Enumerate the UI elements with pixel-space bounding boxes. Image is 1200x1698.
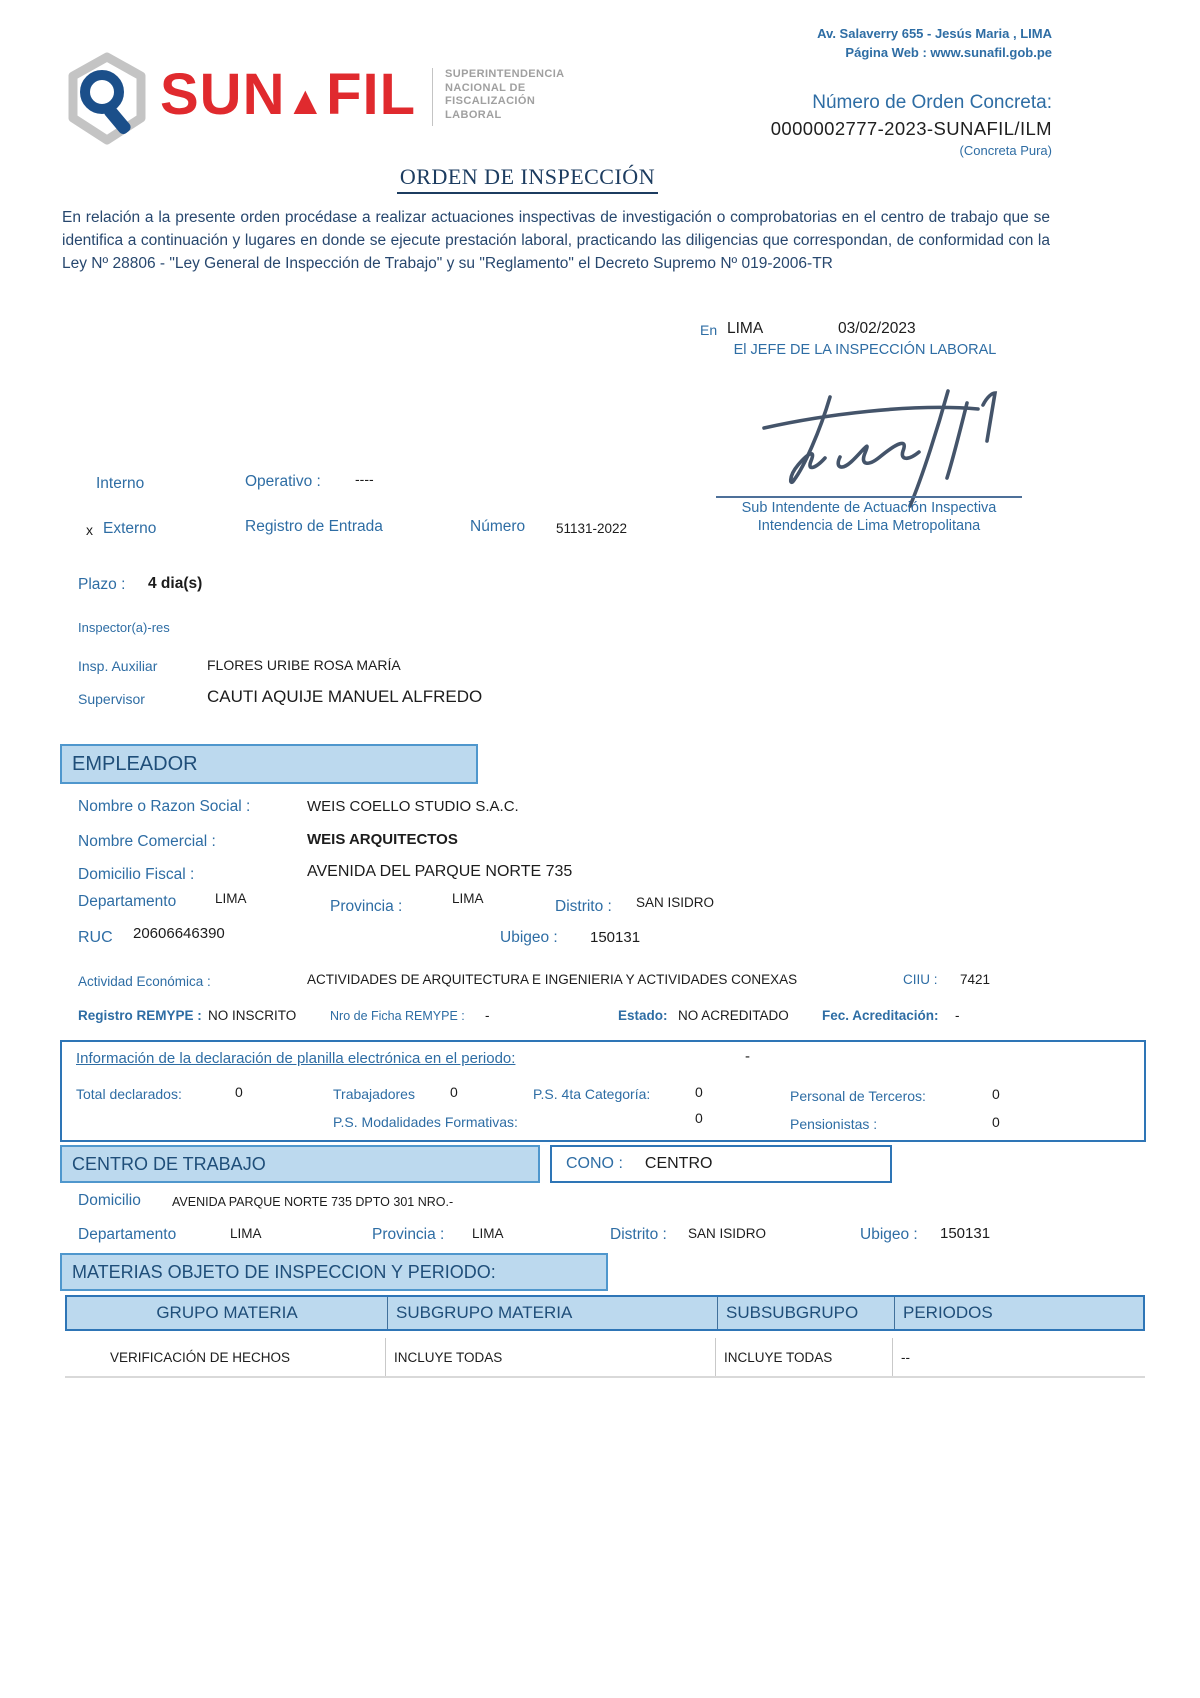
trabajadores-value: 0 (450, 1084, 458, 1100)
cell-subgrupo: INCLUYE TODAS (385, 1338, 715, 1376)
registro-entrada-label: Registro de Entrada (245, 518, 383, 536)
ct-domicilio-label: Domicilio (78, 1192, 141, 1210)
magnifier-hexagon-icon (64, 52, 150, 151)
plazo-value: 4 dia(s) (148, 575, 202, 593)
trabajadores-label: Trabajadores (333, 1086, 415, 1102)
nombre-comercial-value: WEIS ARQUITECTOS (307, 831, 458, 848)
order-number-note: (Concreta Pura) (960, 143, 1052, 158)
empleador-provincia-label: Provincia : (330, 898, 402, 916)
materias-table-row: VERIFICACIÓN DE HECHOS INCLUYE TODAS INC… (65, 1338, 1145, 1376)
actividad-value: ACTIVIDADES DE ARQUITECTURA E INGENIERIA… (307, 972, 797, 987)
actividad-label: Actividad Económica : (78, 974, 211, 989)
cell-grupo: VERIFICACIÓN DE HECHOS (65, 1338, 385, 1376)
tagline-line: SUPERINTENDENCIA (445, 68, 564, 82)
domicilio-fiscal-value: AVENIDA DEL PARQUE NORTE 735 (307, 863, 572, 881)
signer-title: El JEFE DE LA INSPECCIÓN LABORAL (700, 342, 1030, 358)
domicilio-fiscal-label: Domicilio Fiscal : (78, 866, 194, 884)
modalidades-value: 0 (695, 1110, 703, 1126)
planilla-title-value: - (745, 1048, 750, 1065)
total-declarados-value: 0 (235, 1084, 243, 1100)
address-line-2: Página Web : www.sunafil.gob.pe (817, 43, 1052, 62)
supervisor-value: CAUTI AQUIJE MANUEL ALFREDO (207, 687, 482, 707)
pensionistas-label: Pensionistas : (790, 1116, 877, 1132)
en-label: En (700, 322, 717, 338)
ps-4ta-value: 0 (695, 1084, 703, 1100)
ps-4ta-label: P.S. 4ta Categoría: (533, 1086, 650, 1102)
interno-label: Interno (96, 475, 144, 493)
remype-label: Registro REMYPE : (78, 1008, 202, 1023)
pensionistas-value: 0 (992, 1114, 1000, 1130)
numero-value: 51131-2022 (556, 521, 627, 536)
signer-role-line-2: Intendencia de Lima Metropolitana (710, 518, 1028, 534)
ct-departamento-value: LIMA (230, 1226, 262, 1241)
cono-box: CONO : CENTRO (550, 1145, 892, 1183)
empleador-departamento-value: LIMA (215, 891, 247, 906)
signer-role-line-1: Sub Intendente de Actuación Inspectiva (710, 500, 1028, 516)
page-title-text: ORDEN DE INSPECCIÓN (397, 164, 658, 194)
terceros-value: 0 (992, 1086, 1000, 1102)
ruc-value: 20606646390 (133, 925, 225, 942)
planilla-title: Información de la declaración de planill… (76, 1050, 515, 1067)
column-header-periodos: PERIODOS (894, 1297, 1143, 1329)
ct-distrito-label: Distrito : (610, 1226, 667, 1244)
section-materias-header: MATERIAS OBJETO DE INSPECCION Y PERIODO: (60, 1253, 608, 1291)
signature-scribble (752, 382, 1024, 513)
materias-table-bottom-rule (65, 1376, 1145, 1378)
logo-fil: FIL (326, 62, 416, 127)
externo-checkmark: x (86, 522, 93, 538)
cell-subsubgrupo: INCLUYE TODAS (715, 1338, 892, 1376)
logo-sun: SUN (160, 62, 285, 127)
cell-periodos: -- (892, 1338, 1141, 1376)
order-number-label: Número de Orden Concreta: (812, 92, 1052, 114)
ct-ubigeo-label: Ubigeo : (860, 1226, 918, 1244)
ficha-remype-label: Nro de Ficha REMYPE : (330, 1009, 465, 1023)
empleador-distrito-value: SAN ISIDRO (636, 895, 714, 910)
externo-label: Externo (103, 520, 156, 538)
intro-paragraph: En relación a la presente orden procédas… (62, 206, 1050, 275)
numero-label: Número (470, 518, 525, 536)
ct-departamento-label: Departamento (78, 1226, 176, 1244)
modalidades-label: P.S. Modalidades Formativas: (333, 1114, 518, 1130)
tagline-line: FISCALIZACIÓN (445, 95, 564, 109)
inspector-label: Inspector(a)-res (78, 620, 170, 635)
address-line-1: Av. Salaverry 655 - Jesús Maria , LIMA (817, 24, 1052, 43)
supervisor-label: Supervisor (78, 691, 145, 707)
logo-tagline: SUPERINTENDENCIA NACIONAL DE FISCALIZACI… (445, 52, 564, 122)
ficha-remype-value: - (485, 1008, 490, 1023)
empleador-provincia-value: LIMA (452, 891, 484, 906)
section-empleador-header: EMPLEADOR (60, 744, 478, 784)
ct-ubigeo-value: 150131 (940, 1225, 990, 1242)
logo-wordmark: SUN▲FIL (160, 52, 416, 144)
razon-social-value: WEIS COELLO STUDIO S.A.C. (307, 798, 519, 815)
logo-divider (432, 68, 433, 126)
date-value: 03/02/2023 (838, 320, 916, 338)
empleador-distrito-label: Distrito : (555, 898, 612, 916)
plazo-label: Plazo : (78, 576, 125, 594)
empleador-ubigeo-label: Ubigeo : (500, 929, 558, 947)
empleador-departamento-label: Departamento (78, 893, 176, 911)
section-centro-trabajo-header: CENTRO DE TRABAJO (60, 1145, 540, 1183)
insp-auxiliar-value: FLORES URIBE ROSA MARÍA (207, 657, 401, 673)
ct-provincia-value: LIMA (472, 1226, 504, 1241)
ciiu-value: 7421 (960, 972, 990, 987)
tagline-line: NACIONAL DE (445, 82, 564, 96)
razon-social-label: Nombre o Razon Social : (78, 798, 250, 816)
order-number-value: 0000002777-2023-SUNAFIL/ILM (771, 118, 1052, 140)
city-value: LIMA (727, 320, 763, 338)
estado-value: NO ACREDITADO (678, 1008, 789, 1023)
materias-table-header: GRUPO MATERIA SUBGRUPO MATERIA SUBSUBGRU… (65, 1295, 1145, 1331)
nombre-comercial-label: Nombre Comercial : (78, 833, 216, 851)
column-header-subsubgrupo: SUBSUBGRUPO (717, 1297, 894, 1329)
column-header-subgrupo: SUBGRUPO MATERIA (387, 1297, 717, 1329)
tagline-line: LABORAL (445, 109, 564, 123)
insp-auxiliar-label: Insp. Auxiliar (78, 658, 157, 674)
ct-distrito-value: SAN ISIDRO (688, 1226, 766, 1241)
sunafil-logo: SUN▲FIL SUPERINTENDENCIA NACIONAL DE FIS… (64, 52, 565, 151)
operativo-value: ---- (355, 471, 374, 487)
page-title: ORDEN DE INSPECCIÓN (0, 164, 1055, 190)
cono-value: CENTRO (645, 1155, 713, 1173)
terceros-label: Personal de Terceros: (790, 1088, 926, 1104)
cono-label: CONO : (566, 1155, 623, 1173)
remype-value: NO INSCRITO (208, 1008, 296, 1023)
logo-triangle-icon: ▲ (285, 79, 326, 123)
ct-domicilio-value: AVENIDA PARQUE NORTE 735 DPTO 301 NRO.- (172, 1195, 453, 1209)
estado-label: Estado: (618, 1008, 668, 1023)
ciiu-label: CIIU : (903, 972, 938, 987)
header-address: Av. Salaverry 655 - Jesús Maria , LIMA P… (817, 24, 1052, 62)
fec-acreditacion-value: - (955, 1008, 960, 1023)
empleador-ubigeo-value: 150131 (590, 929, 640, 946)
total-declarados-label: Total declarados: (76, 1086, 182, 1102)
signature-line (716, 496, 1022, 498)
fec-acreditacion-label: Fec. Acreditación: (822, 1008, 939, 1023)
ruc-label: RUC (78, 929, 113, 947)
column-header-grupo: GRUPO MATERIA (67, 1297, 387, 1329)
ct-provincia-label: Provincia : (372, 1226, 444, 1244)
inspection-order-document: Av. Salaverry 655 - Jesús Maria , LIMA P… (0, 0, 1200, 1698)
operativo-label: Operativo : (245, 473, 321, 491)
